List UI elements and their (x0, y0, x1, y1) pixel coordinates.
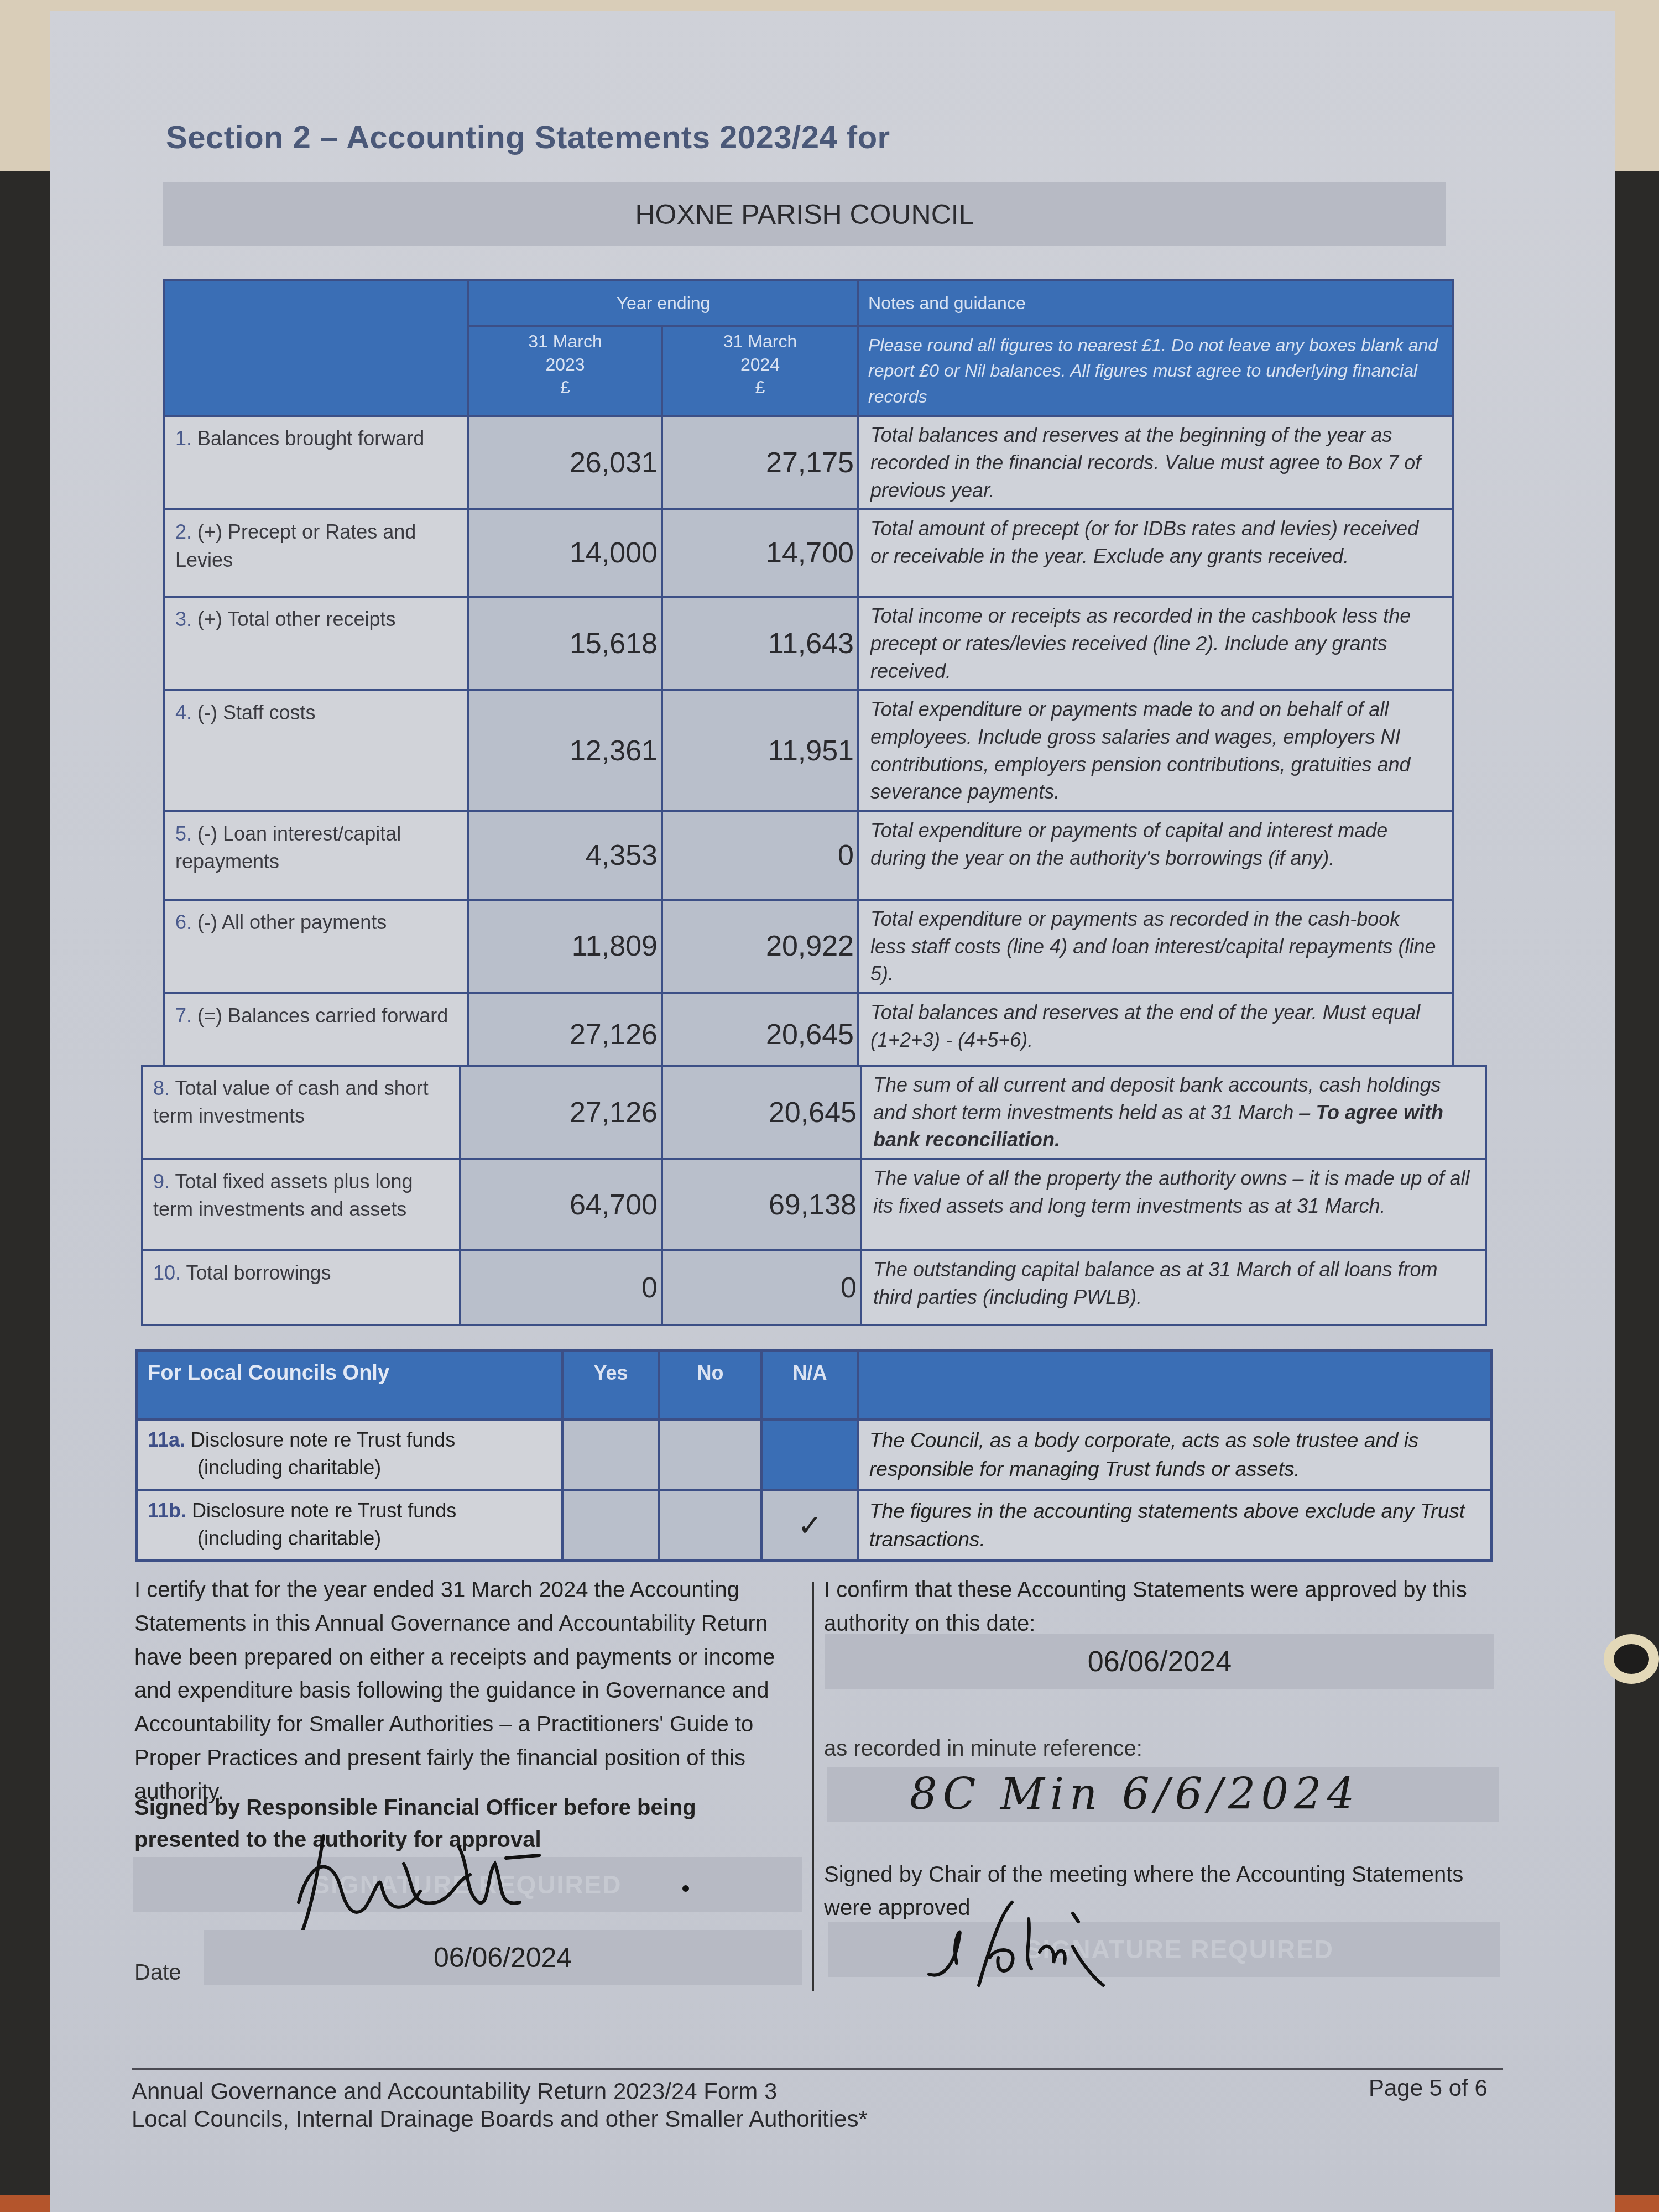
approval-date-field[interactable]: 06/06/2024 (825, 1634, 1494, 1689)
rfo-sign-label: Signed by Responsible Financial Officer … (134, 1792, 806, 1856)
column-divider (812, 1582, 814, 1991)
value-2024[interactable]: 27,175 (662, 416, 858, 509)
col-header-2023: 31 March 2023 £ (468, 326, 662, 416)
council-name-field: HOXNE PARISH COUNCIL (163, 182, 1446, 246)
value-2024[interactable]: 20,922 (662, 900, 858, 993)
rfo-certification-text: I certify that for the year ended 31 Mar… (134, 1573, 806, 1809)
col-na: N/A (761, 1350, 858, 1420)
row-guidance: The figures in the accounting statements… (858, 1490, 1491, 1561)
row-guidance: The Council, as a body corporate, acts a… (858, 1420, 1491, 1490)
row-guidance: The value of all the property the author… (861, 1159, 1486, 1250)
row-guidance: Total amount of precept (or for IDBs rat… (858, 509, 1453, 597)
rfo-date-field[interactable]: 06/06/2024 (204, 1930, 802, 1985)
col-no: No (659, 1350, 761, 1420)
row-label: 11a. Disclosure note re Trust funds(incl… (137, 1420, 562, 1490)
footer-form-title: Annual Governance and Accountability Ret… (132, 2078, 777, 2105)
accounting-statements-table: Year ending Notes and guidance 31 March … (163, 279, 1454, 1077)
row-guidance: Total balances and reserves at the end o… (858, 993, 1453, 1076)
row-label: 11b. Disclosure note re Trust funds(incl… (137, 1490, 562, 1561)
row-guidance: Total income or receipts as recorded in … (858, 597, 1453, 690)
value-2024[interactable]: 11,951 (662, 690, 858, 811)
no-checkbox[interactable] (659, 1420, 761, 1490)
value-2023[interactable]: 64,700 (460, 1159, 662, 1250)
row-label: 1. Balances brought forward (164, 416, 468, 509)
value-2024[interactable]: 14,700 (662, 509, 858, 597)
value-2024[interactable]: 11,643 (662, 597, 858, 690)
chair-signature-field[interactable]: SIGNATURE REQUIRED (828, 1922, 1500, 1977)
minute-reference-label: as recorded in minute reference: (824, 1736, 1142, 1761)
row-label: 6. (-) All other payments (164, 900, 468, 993)
table-row: 11a. Disclosure note re Trust funds(incl… (137, 1420, 1491, 1490)
yes-checkbox[interactable] (562, 1420, 659, 1490)
chair-sign-label: Signed by Chair of the meeting where the… (824, 1858, 1493, 1924)
col-notes-blank (858, 1350, 1491, 1420)
value-2024[interactable]: 0 (662, 811, 858, 900)
row-label: 4. (-) Staff costs (164, 690, 468, 811)
year-ending-header: Year ending (468, 280, 858, 326)
row-guidance: Total expenditure or payments made to an… (858, 690, 1453, 811)
table-row: 1. Balances brought forward26,03127,175T… (164, 416, 1453, 509)
table-row: 10. Total borrowings00The outstanding ca… (142, 1250, 1486, 1325)
value-2023[interactable]: 27,126 (468, 993, 662, 1076)
local-councils-table: For Local Councils Only Yes No N/A 11a. … (135, 1349, 1493, 1562)
table-row: 11b. Disclosure note re Trust funds(incl… (137, 1490, 1491, 1561)
value-2023[interactable]: 14,000 (468, 509, 662, 597)
assets-table: 8. Total value of cash and short term in… (141, 1065, 1487, 1326)
date-label: Date (134, 1960, 181, 1985)
table-row: 9. Total fixed assets plus long term inv… (142, 1159, 1486, 1250)
page-number: Page 5 of 6 (1369, 2075, 1488, 2101)
value-2023[interactable]: 0 (460, 1250, 662, 1325)
no-checkbox[interactable] (659, 1490, 761, 1561)
value-2023[interactable]: 26,031 (468, 416, 662, 509)
value-2023[interactable]: 15,618 (468, 597, 662, 690)
local-councils-heading: For Local Councils Only (137, 1350, 562, 1420)
value-2024[interactable]: 0 (662, 1250, 861, 1325)
row-label: 8. Total value of cash and short term in… (142, 1066, 460, 1159)
value-2023[interactable]: 12,361 (468, 690, 662, 811)
value-2023[interactable]: 4,353 (468, 811, 662, 900)
table-row: 4. (-) Staff costs12,36111,951Total expe… (164, 690, 1453, 811)
na-checkbox[interactable]: ✓ (761, 1490, 858, 1561)
approval-confirmation-text: I confirm that these Accounting Statemen… (824, 1573, 1488, 1641)
row-label: 7. (=) Balances carried forward (164, 993, 468, 1076)
footer-divider (132, 2068, 1503, 2070)
rfo-signature-field[interactable]: SIGNATURE REQUIRED (133, 1857, 802, 1912)
table-row: 6. (-) All other payments11,80920,922Tot… (164, 900, 1453, 993)
row-label: 9. Total fixed assets plus long term inv… (142, 1159, 460, 1250)
table-row: 2. (+) Precept or Rates and Levies14,000… (164, 509, 1453, 597)
na-checkbox (761, 1420, 858, 1490)
page-title: Section 2 – Accounting Statements 2023/2… (166, 119, 890, 156)
row-label: 3. (+) Total other receipts (164, 597, 468, 690)
chair-signature-placeholder: SIGNATURE REQUIRED (828, 1922, 1500, 1977)
value-2024[interactable]: 69,138 (662, 1159, 861, 1250)
value-2023[interactable]: 27,126 (460, 1066, 662, 1159)
row-label: 2. (+) Precept or Rates and Levies (164, 509, 468, 597)
minute-reference-field[interactable]: 8C Min 6/6/2024 (827, 1767, 1499, 1822)
row-label: 5. (-) Loan interest/capital repayments (164, 811, 468, 900)
rfo-signature-placeholder: SIGNATURE REQUIRED (133, 1857, 802, 1912)
council-name: HOXNE PARISH COUNCIL (163, 182, 1446, 246)
table-row: 7. (=) Balances carried forward27,12620,… (164, 993, 1453, 1076)
col-yes: Yes (562, 1350, 659, 1420)
col-header-2024: 31 March 2024 £ (662, 326, 858, 416)
value-2024[interactable]: 20,645 (662, 993, 858, 1076)
table-row: 5. (-) Loan interest/capital repayments4… (164, 811, 1453, 900)
table-row: 8. Total value of cash and short term in… (142, 1066, 1486, 1159)
binder-ring (1604, 1634, 1659, 1684)
row-guidance: The outstanding capital balance as at 31… (861, 1250, 1486, 1325)
row-guidance: Total balances and reserves at the begin… (858, 416, 1453, 509)
row-guidance: Total expenditure or payments of capital… (858, 811, 1453, 900)
value-2024[interactable]: 20,645 (662, 1066, 861, 1159)
value-2023[interactable]: 11,809 (468, 900, 662, 993)
notes-header: Notes and guidance (858, 280, 1453, 326)
footer-authority-types: Local Councils, Internal Drainage Boards… (132, 2106, 868, 2132)
header-guidance-note: Please round all figures to nearest £1. … (858, 326, 1453, 416)
row-label: 10. Total borrowings (142, 1250, 460, 1325)
row-guidance: Total expenditure or payments as recorde… (858, 900, 1453, 993)
yes-checkbox[interactable] (562, 1490, 659, 1561)
row-guidance: The sum of all current and deposit bank … (861, 1066, 1486, 1159)
table-row: 3. (+) Total other receipts15,61811,643T… (164, 597, 1453, 690)
header-blank (164, 280, 468, 416)
